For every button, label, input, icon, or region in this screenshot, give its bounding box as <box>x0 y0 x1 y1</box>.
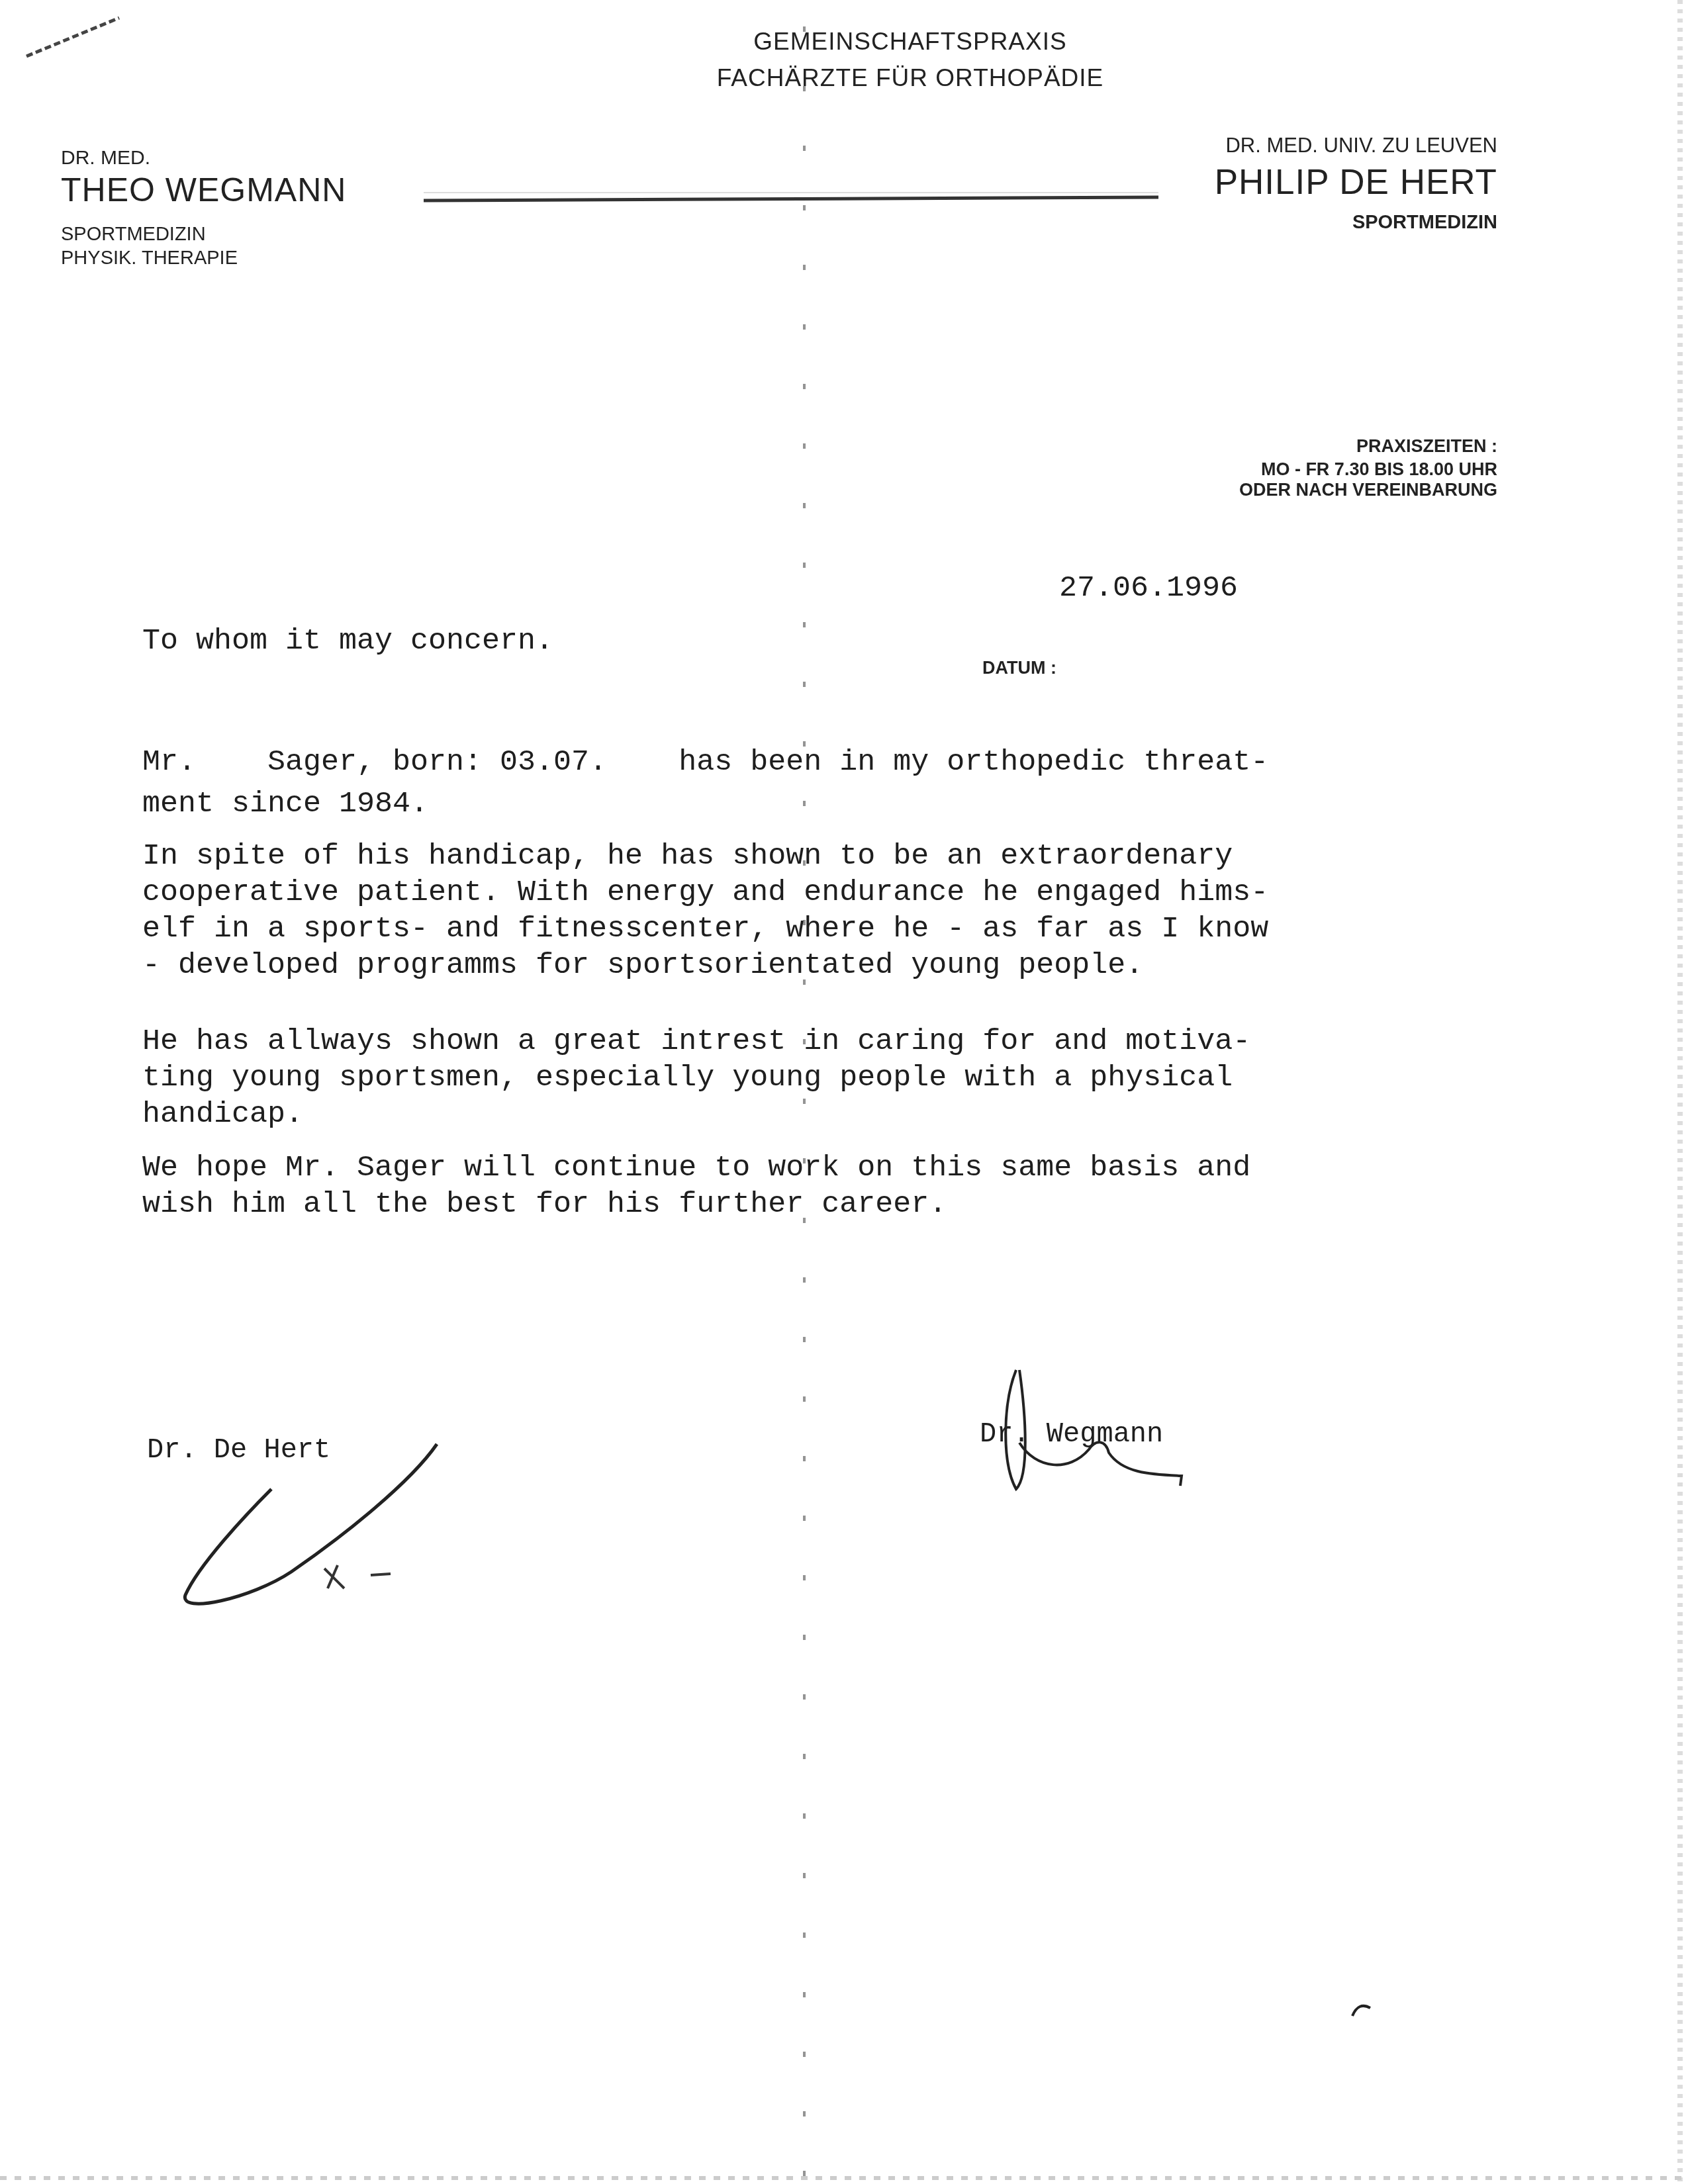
practice-name: GEMEINSCHAFTSPRAXIS <box>116 28 1688 56</box>
scan-edge-right <box>1677 0 1683 2184</box>
left-doctor-title: DR. MED. <box>61 147 150 169</box>
paragraph: In spite of his handicap, he has shown t… <box>142 838 1268 983</box>
right-doctor-title: DR. MED. UNIV. ZU LEUVEN <box>1225 134 1497 158</box>
practice-subtitle: FACHÄRZTE FÜR ORTHOPÄDIE <box>116 64 1688 92</box>
header-divider-shadow <box>424 192 1158 193</box>
handwritten-signature-icon <box>990 1363 1215 1496</box>
right-doctor-specialty: SPORTMEDIZIN <box>1352 212 1497 234</box>
handwritten-signature-icon <box>172 1436 450 1608</box>
paragraph: Mr. Sager, born: 03.07. has been in my o… <box>142 741 1268 825</box>
paragraph: He has allways shown a great intrest in … <box>142 1023 1250 1132</box>
letter-date: 27.06.1996 <box>1059 569 1238 608</box>
paragraph: We hope Mr. Sager will continue to work … <box>142 1150 1250 1222</box>
left-doctor-specialty: PHYSIK. THERAPIE <box>61 248 238 269</box>
header-divider <box>424 196 1158 203</box>
scan-mark-top-left <box>20 10 126 63</box>
scan-edge-bottom <box>0 2176 1688 2180</box>
left-doctor-name: THEO WEGMANN <box>61 171 346 209</box>
salutation: To whom it may concern. <box>142 622 553 660</box>
office-hours-note: ODER NACH VEREINBARUNG <box>1239 480 1497 500</box>
date-label: DATUM : <box>982 658 1056 678</box>
office-hours-times: MO - FR 7.30 BIS 18.00 UHR <box>1261 459 1497 480</box>
right-doctor-name: PHILIP DE HERT <box>1215 162 1497 203</box>
left-doctor-specialty: SPORTMEDIZIN <box>61 224 206 246</box>
scan-mark-caret <box>1350 1999 1377 2019</box>
office-hours-label: PRAXISZEITEN : <box>1356 436 1497 457</box>
